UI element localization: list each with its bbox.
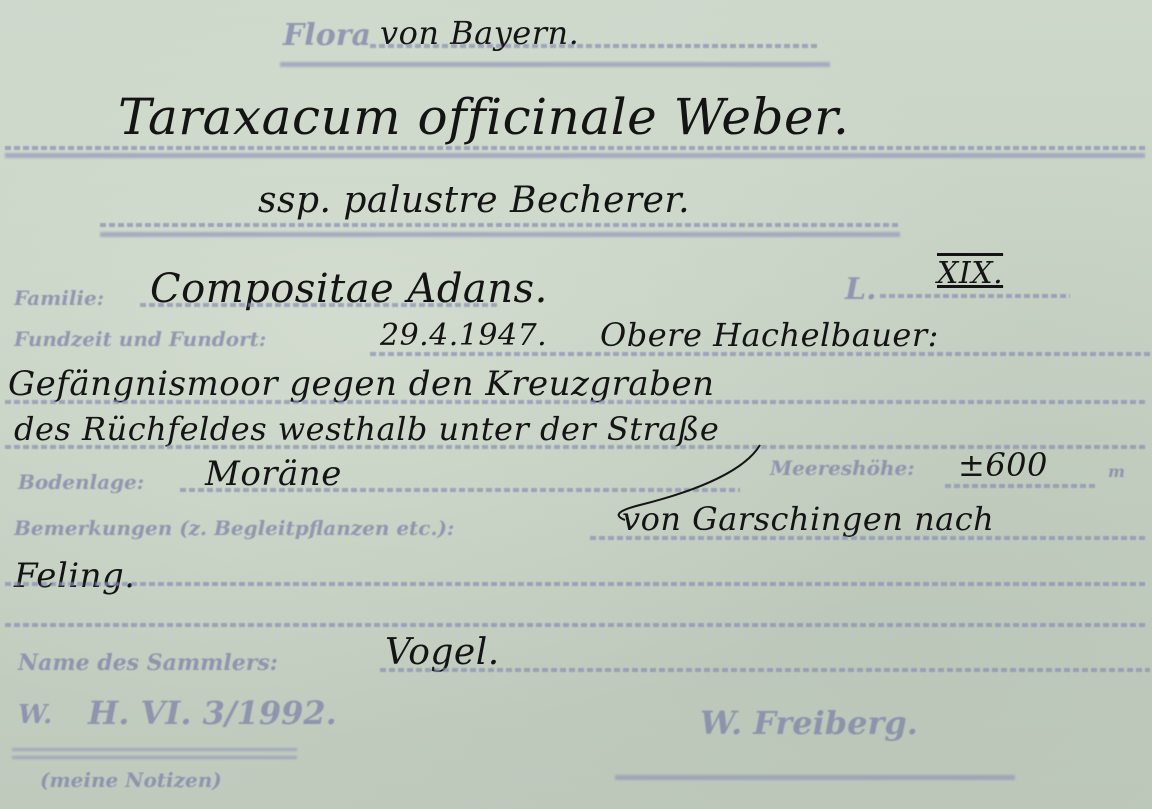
determination-solid-rule xyxy=(12,748,297,751)
collector-value: Vogel. xyxy=(385,632,500,673)
herbarium-label-paper: Flora von Bayern. Taraxacum officinale W… xyxy=(0,0,1152,809)
substrate-printed-label: Bodenlage: xyxy=(18,470,144,494)
collection-date: 29.4.1947. xyxy=(380,318,547,353)
header-solid-rule xyxy=(280,62,830,67)
remarks-line-1: von Garschingen nach xyxy=(622,500,994,538)
locality-dotted-rule-2 xyxy=(5,400,1145,404)
header-dotted-rule xyxy=(370,44,820,48)
family-ref-label: L. xyxy=(845,272,877,307)
taxon-solid-rule xyxy=(5,153,1145,158)
flora-printed-label: Flora xyxy=(283,18,371,53)
locality-printed-label: Fundzeit und Fundort: xyxy=(14,327,266,351)
locality-line-1: Obere Hachelbauer: xyxy=(600,316,939,354)
remarks-dotted-rule-2 xyxy=(5,582,1145,586)
locality-line-2: Gefängnismoor gegen den Kreuzgraben xyxy=(8,364,714,404)
family-ref-value: XIX. xyxy=(937,256,1003,291)
institution-value: W. Freiberg. xyxy=(700,704,918,742)
locality-line-3: des Rüchfeldes westhalb unter der Straße xyxy=(14,410,719,448)
determination-caption: (meine Notizen) xyxy=(40,768,222,792)
institution-solid-rule xyxy=(615,775,1015,780)
determination-label: W. xyxy=(18,700,52,730)
family-dotted-rule xyxy=(140,303,500,307)
determination-value: H. VI. 3/1992. xyxy=(88,694,337,732)
elevation-printed-label: Meereshöhe: xyxy=(770,456,915,480)
family-printed-label: Familie: xyxy=(14,286,104,310)
elevation-value: ±600 xyxy=(958,446,1048,484)
elevation-dotted-rule xyxy=(945,484,1095,488)
remarks-dotted-rule xyxy=(590,536,1145,540)
family-ref-dotted-rule xyxy=(880,294,1070,298)
determination-solid-rule-2 xyxy=(12,756,297,759)
elevation-unit: m xyxy=(1108,462,1125,481)
subspecies-dotted-rule xyxy=(100,223,900,227)
taxon-name: Taraxacum officinale Weber. xyxy=(118,88,849,146)
separator-dotted-rule xyxy=(5,623,1145,627)
substrate-dotted-rule xyxy=(180,488,740,492)
subspecies-name: ssp. palustre Becherer. xyxy=(258,180,690,221)
remarks-line-2: Feling. xyxy=(14,556,136,596)
remarks-printed-label: Bemerkungen (z. Begleitpflanzen etc.): xyxy=(14,516,454,540)
taxon-dotted-rule xyxy=(5,146,1145,150)
collector-printed-label: Name des Sammlers: xyxy=(18,650,278,676)
locality-dotted-rule-1 xyxy=(370,352,1150,356)
collector-dotted-rule xyxy=(380,668,1150,672)
subspecies-solid-rule xyxy=(100,232,900,237)
